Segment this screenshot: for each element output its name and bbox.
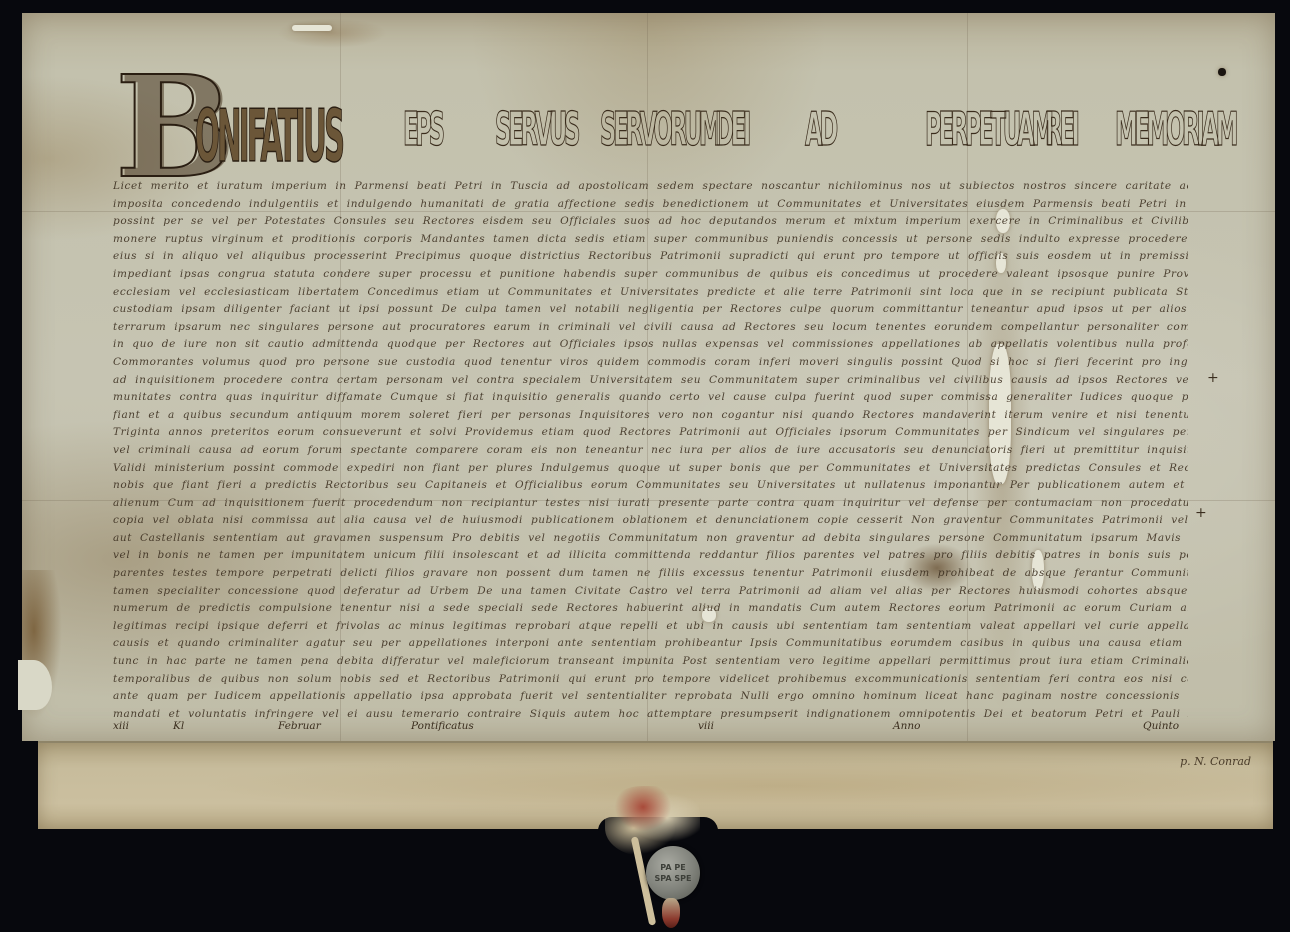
text-line: vel criminali causa ad eorum forum spect… bbox=[113, 442, 1188, 460]
margin-cross-mark: + bbox=[1195, 505, 1207, 521]
text-line: imposita concedendo indulgentiis et indu… bbox=[113, 196, 1188, 214]
parchment-hole bbox=[292, 25, 332, 31]
text-line: vel in bonis ne tamen per impunitatem un… bbox=[113, 547, 1188, 565]
elongated-heading: B ONIFATIUS EPS SERVUS SERVORUM DEI AD P… bbox=[115, 58, 1195, 198]
text-line: alienum Cum ad inquisitionem fuerit proc… bbox=[113, 495, 1188, 513]
text-line: Validi ministerium possint commode exped… bbox=[113, 460, 1188, 478]
heading-word: ONIFATIUS bbox=[195, 94, 342, 178]
text-line: parentes testes tempore perpetrati delic… bbox=[113, 565, 1188, 583]
chancery-note: p. N. Conrad bbox=[1180, 755, 1251, 768]
text-line: tunc in hac parte ne tamen pena debita d… bbox=[113, 653, 1188, 671]
text-line: aut Castellanis sententiam aut gravamen … bbox=[113, 530, 1188, 548]
date-kalends: Kl bbox=[173, 720, 184, 732]
text-line: monere ruptus virginum et proditionis co… bbox=[113, 231, 1188, 249]
dating-clause: xiii Kl Februar Pontificatus viii Anno Q… bbox=[113, 716, 1188, 738]
margin-cross-mark: + bbox=[1207, 370, 1219, 386]
text-line: fiant et a quibus secundum antiquum more… bbox=[113, 407, 1188, 425]
text-line: numerum de predictis compulsione tenentu… bbox=[113, 600, 1188, 618]
date-ordinal: Quinto bbox=[1143, 720, 1179, 732]
heading-word: SERVUS bbox=[495, 102, 577, 156]
text-line: custodiam ipsam diligenter faciant ut ip… bbox=[113, 301, 1188, 319]
cord-tassel bbox=[662, 898, 680, 928]
silk-cords bbox=[605, 786, 700, 856]
heading-word: EPS bbox=[403, 102, 442, 156]
heading-word: MEMORIAM bbox=[1115, 102, 1235, 156]
date-day: xiii bbox=[113, 720, 129, 732]
date-pontificate: Pontificatus bbox=[411, 720, 474, 732]
heading-word: AD bbox=[805, 102, 835, 156]
document-body: Licet merito et iuratum imperium in Parm… bbox=[113, 178, 1188, 723]
edge-stain bbox=[277, 18, 387, 48]
text-line: tamen specialiter concessione quod defer… bbox=[113, 583, 1188, 601]
text-line: impediant ipsas congrua statuta condere … bbox=[113, 266, 1188, 284]
text-line: in quo de iure non sit cautio admittenda… bbox=[113, 336, 1188, 354]
heading-word: DEI bbox=[715, 102, 748, 156]
lead-bulla-seal: PA PE SPA SPE bbox=[646, 846, 700, 900]
date-month: Februar bbox=[278, 720, 321, 732]
heading-word: REI bbox=[1045, 102, 1077, 156]
text-line: eius si in aliquo vel aliquibus processe… bbox=[113, 248, 1188, 266]
text-line: ante quam per Iudicem appellationis appe… bbox=[113, 688, 1188, 706]
text-line: legitimas recipi ipsique deferri et friv… bbox=[113, 618, 1188, 636]
text-line: Triginta annos preteritos eorum consueve… bbox=[113, 424, 1188, 442]
text-line: causis et quando criminaliter agatur seu… bbox=[113, 635, 1188, 653]
text-line: possint per se vel per Potestates Consul… bbox=[113, 213, 1188, 231]
heading-word: PERPETUAM bbox=[925, 102, 1051, 156]
text-line: temporalibus de quibus non solum nobis s… bbox=[113, 671, 1188, 689]
heading-word: SERVORUM bbox=[600, 102, 718, 156]
seal-legend-bottom: SPA SPE bbox=[655, 873, 692, 884]
text-line: copia vel oblata nisi commissa aut alia … bbox=[113, 512, 1188, 530]
text-line: Commorantes volumus quod pro persone sue… bbox=[113, 354, 1188, 372]
date-numeral: viii bbox=[698, 720, 714, 732]
parchment-hole bbox=[1218, 68, 1226, 76]
text-line: nobis que fiant fieri a predictis Rector… bbox=[113, 477, 1188, 495]
torn-edge bbox=[18, 660, 52, 710]
text-line: Licet merito et iuratum imperium in Parm… bbox=[113, 178, 1188, 196]
seal-legend-top: PA PE bbox=[660, 862, 685, 873]
text-line: ecclesiam vel ecclesiasticam libertatem … bbox=[113, 284, 1188, 302]
date-year-word: Anno bbox=[893, 720, 920, 732]
text-line: munitates contra quas inquiritur diffama… bbox=[113, 389, 1188, 407]
text-line: terrarum ipsarum nec singulares persone … bbox=[113, 319, 1188, 337]
seal-attachment: PA PE SPA SPE bbox=[590, 786, 730, 932]
text-line: ad inquisitionem procedere contra certam… bbox=[113, 372, 1188, 390]
